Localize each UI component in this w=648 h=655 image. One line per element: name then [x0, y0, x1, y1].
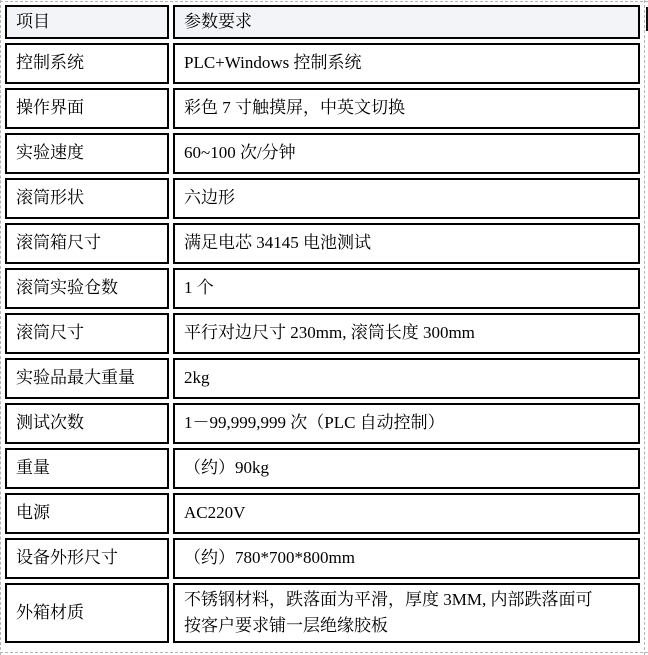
item-cell: 测试次数 — [5, 403, 169, 444]
value-cell: 彩色 7 寸触摸屏，中英文切换 — [173, 88, 640, 129]
item-cell: 操作界面 — [5, 88, 169, 129]
value-cell: 六边形 — [173, 178, 640, 219]
table-row: 控制系统 PLC+Windows 控制系统 — [5, 43, 640, 84]
table-row: 实验速度 60~100 次/分钟 — [5, 133, 640, 174]
value-cell: 平行对边尺寸 230mm, 滚筒长度 300mm — [173, 313, 640, 354]
item-cell: 滚筒箱尺寸 — [5, 223, 169, 264]
value-cell: （约）780*700*800mm — [173, 538, 640, 579]
table-row: 设备外形尺寸 （约）780*700*800mm — [5, 538, 640, 579]
text-boundary-bottom — [0, 652, 648, 653]
item-cell: 实验速度 — [5, 133, 169, 174]
value-cell: 1 个 — [173, 268, 640, 309]
text-boundary-right — [644, 0, 645, 655]
spec-sheet-page: { "table": { "header": { "item": "项目", "… — [0, 0, 648, 655]
table-row: 操作界面 彩色 7 寸触摸屏，中英文切换 — [5, 88, 640, 129]
table-row: 滚筒尺寸 平行对边尺寸 230mm, 滚筒长度 300mm — [5, 313, 640, 354]
item-cell: 外箱材质 — [5, 583, 169, 643]
item-cell: 设备外形尺寸 — [5, 538, 169, 579]
item-cell: 滚筒尺寸 — [5, 313, 169, 354]
item-cell: 滚筒实验仓数 — [5, 268, 169, 309]
item-cell: 重量 — [5, 448, 169, 489]
table-row: 滚筒箱尺寸 满足电芯 34145 电池测试 — [5, 223, 640, 264]
value-cell: 满足电芯 34145 电池测试 — [173, 223, 640, 264]
value-cell: 2kg — [173, 358, 640, 399]
item-cell: 电源 — [5, 493, 169, 534]
spec-table: 项目 参数要求 控制系统 PLC+Windows 控制系统 操作界面 彩色 7 … — [1, 1, 644, 647]
item-cell: 控制系统 — [5, 43, 169, 84]
table-row: 实验品最大重量 2kg — [5, 358, 640, 399]
table-row: 重量 （约）90kg — [5, 448, 640, 489]
value-cell: 不锈钢材料，跌落面为平滑，厚度 3MM, 内部跌落面可 按客户要求铺一层绝缘胶板 — [173, 583, 640, 643]
value-cell: 1－99,999,999 次（PLC 自动控制） — [173, 403, 640, 444]
table-row: 滚筒形状 六边形 — [5, 178, 640, 219]
table-row: 测试次数 1－99,999,999 次（PLC 自动控制） — [5, 403, 640, 444]
item-cell: 滚筒形状 — [5, 178, 169, 219]
header-cell-value: 参数要求 — [173, 5, 640, 39]
table-header-row: 项目 参数要求 — [5, 5, 640, 39]
value-cell: （约）90kg — [173, 448, 640, 489]
item-cell: 实验品最大重量 — [5, 358, 169, 399]
value-cell: PLC+Windows 控制系统 — [173, 43, 640, 84]
table-row: 滚筒实验仓数 1 个 — [5, 268, 640, 309]
value-cell: AC220V — [173, 493, 640, 534]
header-cell-item: 项目 — [5, 5, 169, 39]
value-cell: 60~100 次/分钟 — [173, 133, 640, 174]
table-row: 外箱材质 不锈钢材料，跌落面为平滑，厚度 3MM, 内部跌落面可 按客户要求铺一… — [5, 583, 640, 643]
table-row: 电源 AC220V — [5, 493, 640, 534]
